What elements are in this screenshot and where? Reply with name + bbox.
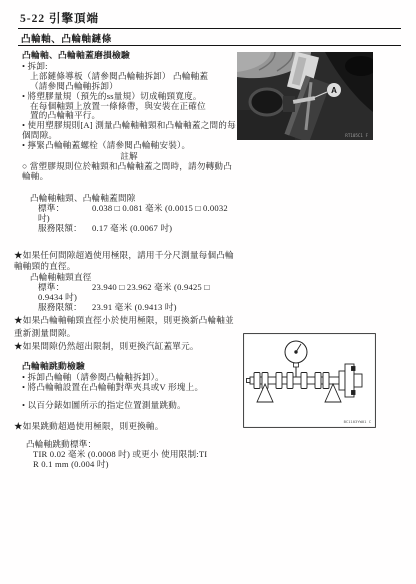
remove-items: 上部鏈條導板（請參閱凸輪軸拆卸） 凸輪軸蓋（請參閱凸輪軸拆卸） — [30, 72, 214, 91]
step-tighten-bolts: • 擰緊凸輪軸蓋螺栓（請參閱凸輪軸安裝）。 — [22, 141, 236, 151]
spec-clearance-limit: 服務限額：0.17 毫米 (0.0067 吋) — [30, 224, 236, 234]
cam-lobe — [315, 373, 321, 389]
note-text: ○ 當塑膠規則位於軸頸和凸輪軸蓋之間時，請勿轉動凸輪軸。 — [22, 162, 236, 181]
step-cut-plastigage: • 將塑膠量規（預先的ss量規）切成軸頸寬度。 — [22, 92, 236, 102]
text-column: 凸輪軸、凸輪軸蓋磨損檢驗 • 拆卸: 上部鏈條導板（請參閱凸輪軸拆卸） 凸輪軸蓋… — [22, 51, 236, 470]
runout-step-set: • 將凸輪軸設置在凸輪軸對準夾具或V 形塊上。 — [22, 383, 236, 393]
runout-diagram: BC1103YW01 C — [243, 333, 376, 428]
cam-lobe — [254, 373, 260, 389]
dial-hub — [295, 351, 297, 353]
spec-runout-line2: R 0.1 mm (0.004 吋) — [26, 460, 236, 470]
runout-step-remove: • 拆卸凸輪軸（請參閱凸輪軸拆卸）。 — [22, 373, 236, 383]
flange-bolt — [352, 367, 356, 371]
flange-bolt — [352, 391, 356, 395]
limit-label: 服務限額： — [38, 224, 92, 234]
dial-stem-base — [294, 363, 299, 367]
runout-step-measure: • 以百分錶如圖所示的指定位置測量跳動。 — [22, 401, 236, 411]
limit-label: 服務限額： — [38, 303, 92, 313]
runout-inspection-heading: 凸輪軸跳動檢驗 — [22, 362, 236, 372]
cam-lobe — [301, 373, 307, 389]
diagram-reference-code: BC1103YW01 C — [344, 419, 371, 424]
star-measure-journal: ★如果任何間隙超過使用極限，請用千分尺測量每個凸輪軸軸頸的直徑。 — [14, 250, 236, 272]
spec-clearance-block: 凸輪軸軸頸、凸輪軸蓋間隙 標準：0.038 □ 0.081 毫米 (0.0015… — [30, 194, 236, 233]
spec-diameter-block: 凸輪軸軸頸直徑 標準：23.940 □ 23.962 毫米 (0.9425 □ … — [30, 273, 236, 312]
cam-lobe — [287, 373, 293, 389]
shaft-right-stub — [354, 374, 362, 387]
spec-runout-block: 凸輪軸跳動標準： TIR 0.02 毫米 (0.0008 吋) 或更小 使用限制… — [26, 440, 236, 470]
cap-bracket — [283, 96, 295, 112]
marker-a-label: A — [331, 86, 337, 95]
plastigage-photo-art: A RT105C1 F — [237, 52, 373, 140]
spec-diameter-standard: 標準：23.940 □ 23.962 毫米 (0.9425 □ 0.9434 吋… — [30, 283, 236, 302]
limit-value: 0.17 毫米 (0.0067 吋) — [92, 223, 172, 233]
photo-reference-code: RT105C1 F — [345, 133, 368, 138]
spec-clearance-standard: 標準：0.038 □ 0.081 毫米 (0.0015 □ 0.0032 吋) — [30, 204, 236, 223]
step-place-strip: 在每個軸頸上放置一條條帶，與安裝在正確位置的凸輪軸平行。 — [30, 102, 214, 121]
manual-page: 5-22 引擎頂端 凸輪軸、凸輪軸鏈條 凸輪軸、凸輪軸蓋磨損檢驗 • 拆卸: 上… — [0, 0, 416, 584]
bearing-journal — [339, 371, 345, 390]
step-measure-clearance: • 使用塑膠規則[A] 測量凸輪軸軸頸和凸輪軸蓋之間的每個間隙。 — [22, 121, 236, 140]
spec-diameter-limit: 服務限額：23.91 毫米 (0.9413 吋) — [30, 303, 236, 313]
star-replace-shaft: ★如果跳動超過使用極限，則更換軸。 — [14, 421, 236, 432]
cam-lobe — [323, 373, 329, 389]
star-replace-camshaft: ★如果凸輪軸軸頸直徑小於使用極限，則更換新凸輪軸並重新測量間隙。 — [14, 314, 236, 340]
shaft-left-stub — [247, 379, 251, 383]
wear-inspection-heading: 凸輪軸、凸輪軸蓋磨損檢驗 — [22, 51, 236, 61]
header-rule-top — [18, 28, 401, 29]
header-rule-bottom — [18, 45, 401, 46]
star-replace-cylinder-head: ★如果間隙仍然超出限制，則更換汽缸蓋單元。 — [14, 341, 236, 352]
cam-lobe — [276, 373, 282, 389]
page-header-label: 5-22 引擎頂端 — [20, 10, 99, 26]
limit-value: 23.91 毫米 (0.9413 吋) — [92, 302, 177, 312]
runout-diagram-art: BC1103YW01 C — [243, 333, 376, 428]
bore-hole — [250, 89, 284, 115]
section-title: 凸輪軸、凸輪軸鏈條 — [21, 31, 112, 45]
plastigage-photo: A RT105C1 F — [237, 52, 373, 140]
